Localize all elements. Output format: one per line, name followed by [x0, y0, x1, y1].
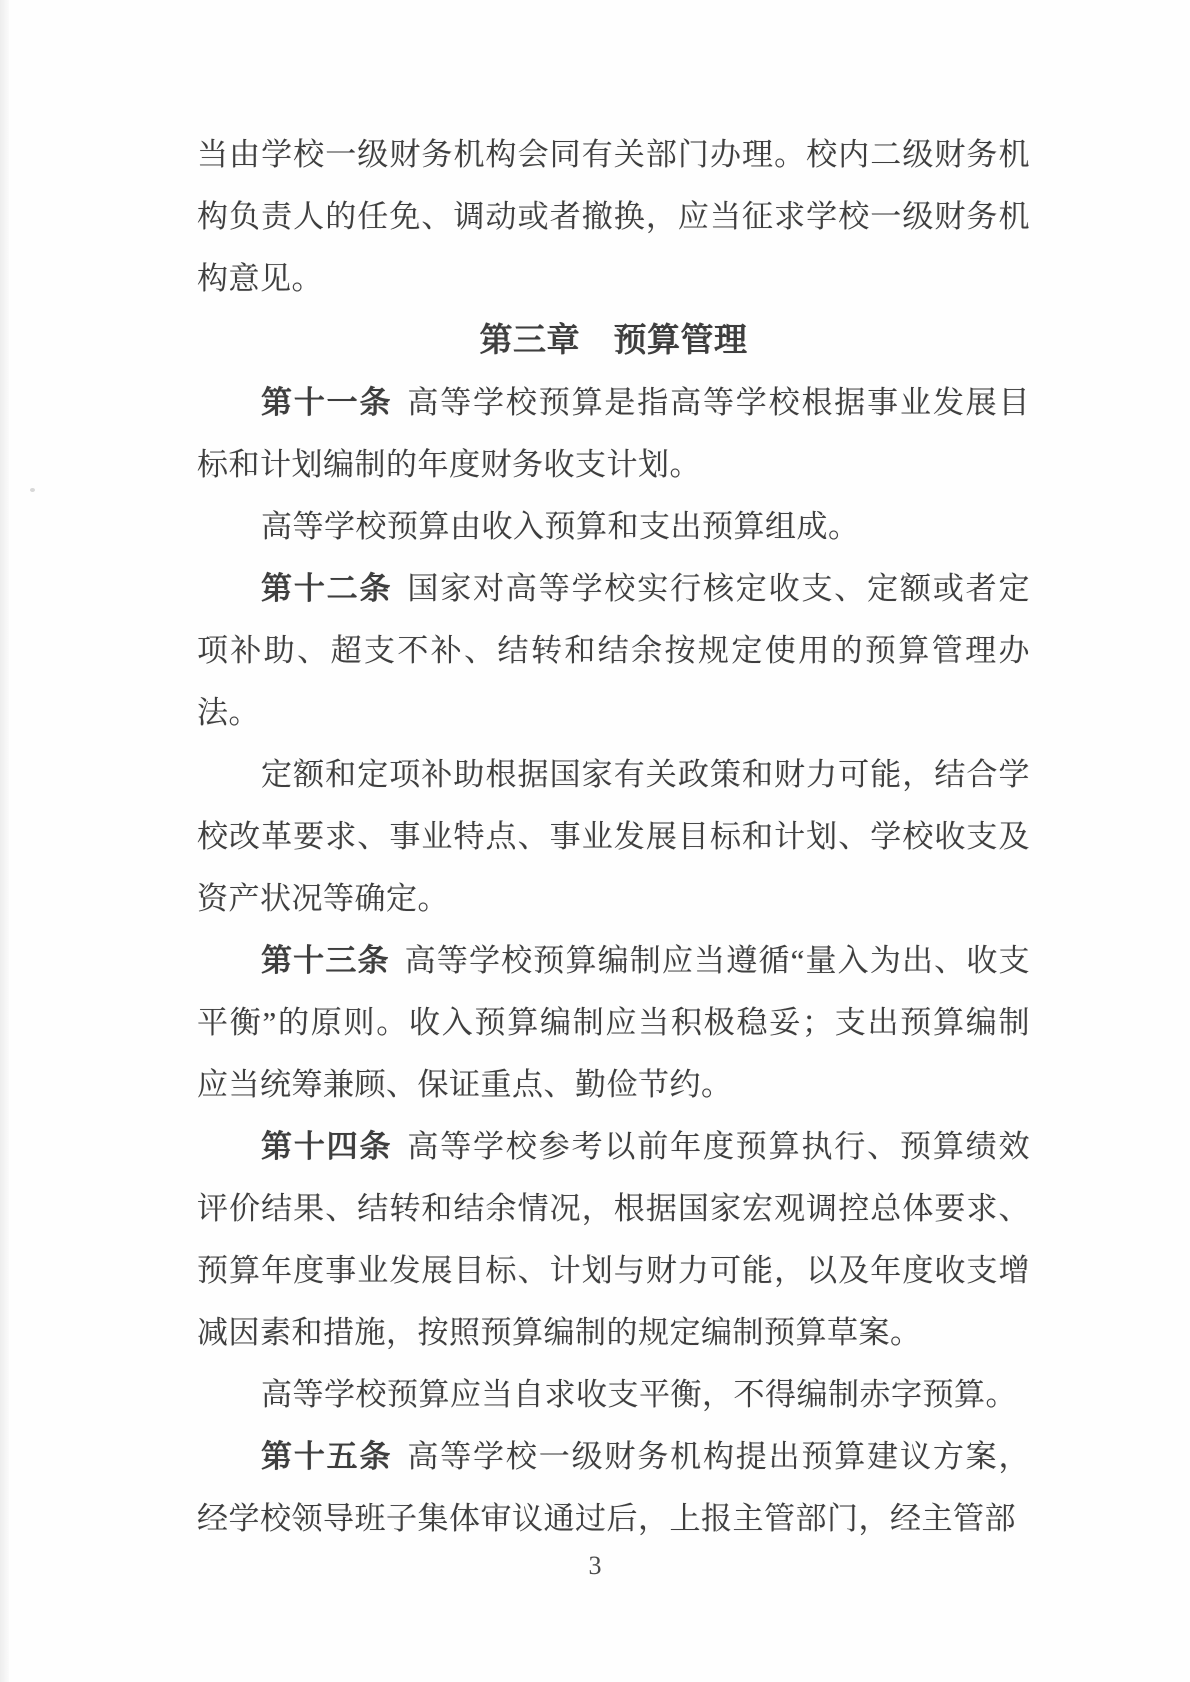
article-14-paragraph: 第十四条高等学校参考以前年度预算执行、预算绩效评价结果、结转和结余情况，根据国家…: [197, 1116, 1030, 1364]
chapter-heading: 第三章 预算管理: [197, 310, 1030, 372]
body-paragraph: 高等学校预算应当自求收支平衡，不得编制赤字预算。: [197, 1364, 1030, 1426]
body-paragraph: 定额和定项补助根据国家有关政策和财力可能，结合学校改革要求、事业特点、事业发展目…: [197, 744, 1030, 930]
page-number: 3: [0, 1551, 1190, 1581]
body-paragraph: 高等学校预算由收入预算和支出预算组成。: [197, 496, 1030, 558]
article-12-paragraph: 第十二条国家对高等学校实行核定收支、定额或者定项补助、超支不补、结转和结余按规定…: [197, 558, 1030, 744]
article-13-paragraph: 第十三条高等学校预算编制应当遵循“量入为出、收支平衡”的原则。收入预算编制应当积…: [197, 930, 1030, 1116]
article-11-number: 第十一条: [261, 385, 407, 420]
paragraph-continuation: 当由学校一级财务机构会同有关部门办理。校内二级财务机构负责人的任免、调动或者撤换…: [197, 124, 1030, 310]
scan-edge-shadow: [0, 0, 9, 1682]
article-15-number: 第十五条: [261, 1439, 407, 1474]
article-15-paragraph: 第十五条高等学校一级财务机构提出预算建议方案，经学校领导班子集体审议通过后，上报…: [197, 1426, 1030, 1550]
paragraph-text: 高等学校预算由收入预算和支出预算组成。: [261, 509, 860, 544]
article-12-number: 第十二条: [261, 571, 407, 606]
article-11-paragraph: 第十一条高等学校预算是指高等学校根据事业发展目标和计划编制的年度财务收支计划。: [197, 372, 1030, 496]
paragraph-text: 定额和定项补助根据国家有关政策和财力可能，结合学校改革要求、事业特点、事业发展目…: [197, 757, 1030, 916]
chapter-heading-text: 第三章 预算管理: [480, 323, 748, 359]
article-14-number: 第十四条: [261, 1129, 407, 1164]
paragraph-text: 高等学校预算应当自求收支平衡，不得编制赤字预算。: [261, 1377, 1017, 1412]
document-page-body: 当由学校一级财务机构会同有关部门办理。校内二级财务机构负责人的任免、调动或者撤换…: [197, 124, 1030, 1550]
scan-speck: [30, 488, 35, 492]
paragraph-text: 当由学校一级财务机构会同有关部门办理。校内二级财务机构负责人的任免、调动或者撤换…: [197, 137, 1030, 296]
article-13-number: 第十三条: [261, 943, 405, 978]
